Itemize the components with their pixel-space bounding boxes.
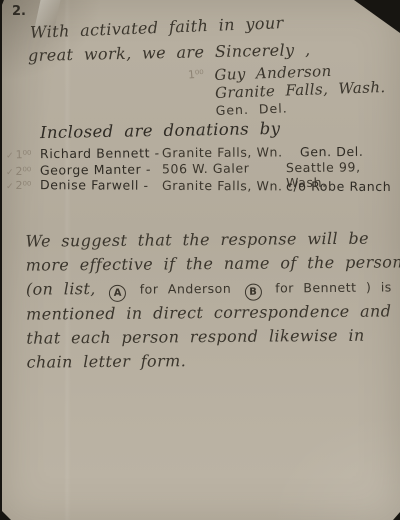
signature-block: Guy Anderson Granite Falls, Wash. Gen. D…: [214, 60, 386, 120]
suggestion-line-3: (on list, A for Anderson B for Bennett )…: [26, 274, 400, 302]
suggestion-line-3-post: for Bennett ) is: [275, 279, 392, 295]
suggestion-paragraph: We suggest that the response will be mor…: [25, 226, 400, 374]
suggestion-line-5: that each person respond likewise in: [26, 323, 400, 350]
donor-name: Richard Bennett -: [40, 145, 162, 161]
donor-place: Granite Falls, Wn.: [162, 178, 286, 194]
closing-line-2: great work, we are Sincerely ,: [28, 40, 311, 65]
donor-name: Denise Farwell -: [40, 177, 162, 193]
donor-extra: Gen. Del.: [286, 144, 398, 160]
amount-annotation: ✓1⁰⁰: [6, 148, 40, 161]
suggestion-line-3-mid: for Anderson: [140, 281, 232, 297]
check-icon: ✓: [6, 151, 14, 161]
donor-place: 506 W. Galer: [162, 160, 286, 176]
circled-b-annotation: B: [245, 284, 262, 301]
donor-name: George Manter -: [40, 161, 162, 177]
closing-line-1: With activated faith in your: [30, 13, 284, 42]
donation-row: ✓2⁰⁰ Denise Farwell - Granite Falls, Wn.…: [6, 177, 398, 194]
suggestion-line-1: We suggest that the response will be: [25, 226, 400, 253]
circled-a-annotation: A: [109, 285, 126, 302]
check-icon: ✓: [6, 182, 14, 192]
suggestion-line-2: more effective if the name of the person: [26, 250, 400, 277]
suggestion-line-6: chain letter form.: [26, 347, 400, 374]
pencil-amount-anderson: 1⁰⁰: [188, 67, 205, 81]
page-number: 2.: [12, 4, 26, 19]
folded-corner-edge: [347, 0, 400, 31]
donations-heading: Inclosed are donations by: [40, 119, 281, 142]
donor-extra: c/o Robe Ranch: [286, 178, 398, 194]
amount-annotation: ✓2⁰⁰: [6, 179, 40, 192]
donor-place: Granite Falls, Wn.: [162, 144, 286, 160]
suggestion-line-3-pre: (on list,: [26, 279, 96, 299]
suggestion-line-4: mentioned in direct correspondence and: [26, 299, 400, 326]
letter-page: 2. With activated faith in your great wo…: [2, 0, 400, 520]
